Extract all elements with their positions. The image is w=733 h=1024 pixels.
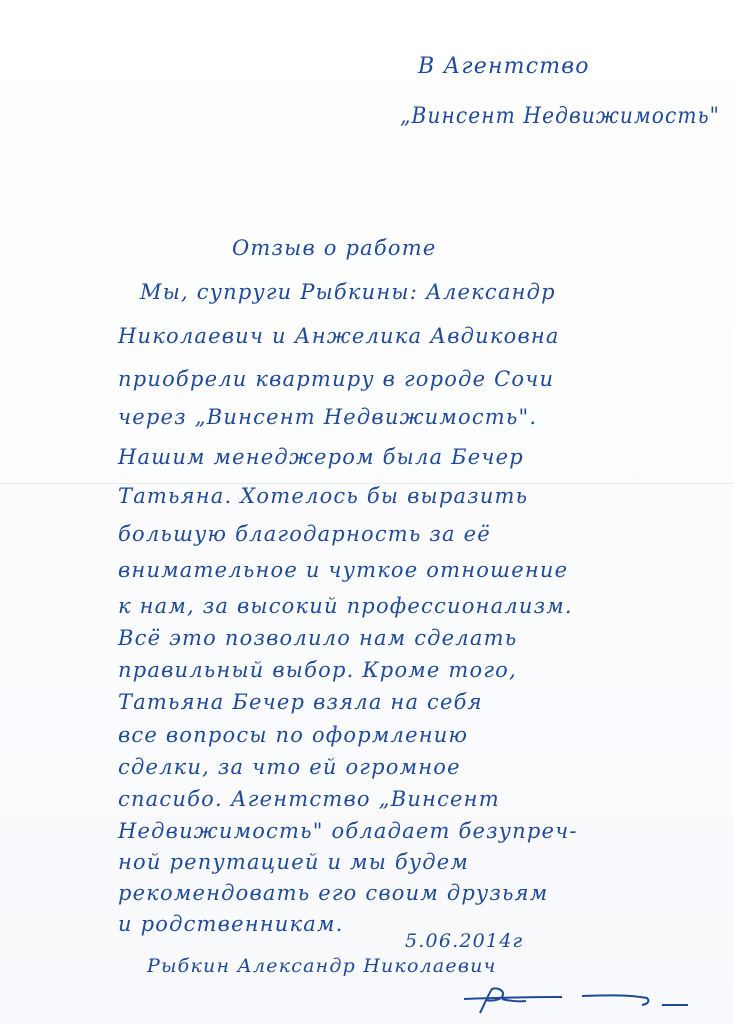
body-line: Всё это позволило нам сделать: [118, 628, 517, 649]
body-line: Мы, супруги Рыбкины: Александр: [140, 282, 556, 303]
body-line: к нам, за высокий профессионализм.: [118, 596, 573, 617]
body-line: все вопросы по оформлению: [118, 725, 468, 746]
body-line: Николаевич и Анжелика Авдиковна: [118, 326, 560, 347]
handwritten-signature: [462, 985, 692, 1015]
body-line: ной репутацией и мы будем: [118, 852, 469, 873]
letter-date: 5.06.2014г: [405, 932, 523, 951]
body-line: сделки, за что ей огромное: [118, 757, 461, 778]
letter-title: Отзыв о работе: [232, 238, 436, 259]
recipient-line-2: „Винсент Недвижимость": [400, 106, 720, 128]
body-line: через „Винсент Недвижимость".: [118, 407, 537, 428]
body-line: большую благодарность за её: [118, 524, 491, 545]
body-line: Татьяна Бечер взяла на себя: [118, 692, 483, 713]
recipient-line-1: В Агентство: [418, 56, 590, 78]
body-line: Нашим менеджером была Бечер: [118, 447, 524, 468]
body-line: рекомендовать его своим друзьям: [118, 883, 548, 904]
body-line: Татьяна. Хотелось бы выразить: [118, 486, 528, 507]
body-line: приобрели квартиру в городе Сочи: [118, 369, 554, 390]
body-line: правильный выбор. Кроме того,: [118, 660, 517, 681]
body-line: Недвижимость" обладает безупреч-: [118, 821, 578, 842]
body-line: и родственникам.: [118, 914, 343, 935]
signer-name: Рыбкин Александр Николаевич: [147, 957, 497, 976]
body-line: внимательное и чуткое отношение: [118, 560, 568, 581]
letter-paper: В Агентство „Винсент Недвижимость" Отзыв…: [0, 0, 733, 1024]
body-line: спасибо. Агентство „Винсент: [118, 789, 500, 810]
